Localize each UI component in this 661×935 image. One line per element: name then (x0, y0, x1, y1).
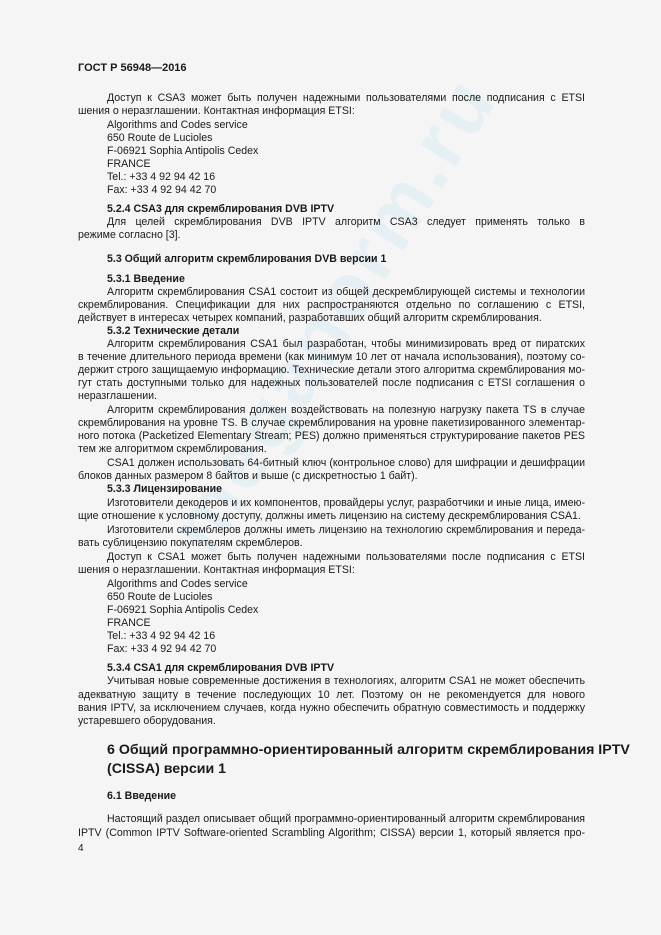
text-line: IPTV (Common IPTV Software-oriented Scra… (78, 827, 585, 840)
text-line: шения о неразглашении. Контактная информ… (78, 105, 585, 118)
text-line: 650 Route de Lucioles (107, 132, 585, 145)
section-heading: 6.1 Введение (107, 790, 585, 803)
text-line: скремблирования. Спецификации для них ра… (78, 299, 585, 312)
text-line: гут стать доступными только для надежных… (78, 377, 585, 390)
document-header: ГОСТ Р 56948—2016 (78, 62, 585, 75)
text-line: шения о неразглашении. Контактная информ… (78, 564, 585, 577)
document-page: meganorm.ru ГОСТ Р 56948—2016 Доступ к C… (0, 0, 661, 935)
section-heading: 5.3.4 CSA1 для скремблирования DVB IPTV (107, 662, 585, 675)
text-line: Fax: +33 4 92 94 42 70 (107, 643, 585, 656)
section-heading: 5.3.2 Технические детали (107, 325, 585, 338)
page-number: 4 (78, 842, 585, 855)
text-line: FRANCE (107, 158, 585, 171)
text-line: адекватную защиту в течение последующих … (78, 689, 585, 702)
text-line: Algorithms and Codes service (107, 578, 585, 591)
text-line: Изготовители декодеров и их компонентов,… (107, 497, 585, 510)
text-line: Fax: +33 4 92 94 42 70 (107, 184, 585, 197)
section-heading: 5.3.3 Лицензирование (107, 483, 585, 496)
text-line: F-06921 Sophia Antipolis Cedex (107, 604, 585, 617)
text-line: Алгоритм скремблирования CSA1 был разраб… (107, 338, 585, 351)
text-line: Настоящий раздел описывает общий програм… (107, 813, 585, 826)
text-line: неразглашении. (78, 390, 585, 403)
text-line: действует в интересах четырех компаний, … (78, 312, 585, 325)
section-heading: 5.3 Общий алгоритм скремблирования DVB в… (107, 253, 585, 266)
text-line: Алгоритм скремблирования CSA1 состоит из… (107, 286, 585, 299)
text-line: устаревшего оборудования. (78, 715, 585, 728)
text-line: держит строго защищаемую информацию. Тех… (78, 364, 585, 377)
section-heading: 5.2.4 CSA3 для скремблирования DVB IPTV (107, 203, 585, 216)
text-line: Для целей скремблирования DVB IPTV алгор… (107, 216, 585, 229)
text-line: CSA1 должен использовать 64-битный ключ … (107, 457, 585, 470)
text-line: Доступ к CSA3 может быть получен надежны… (107, 92, 585, 105)
text-line: вания IPTV, за исключением случаев, когд… (78, 702, 585, 715)
text-line: Tel.: +33 4 92 94 42 16 (107, 171, 585, 184)
text-line: щие отношение к условному доступу, должн… (78, 510, 585, 523)
text-line: 650 Route de Lucioles (107, 591, 585, 604)
section-heading: 6 Общий программно-ориентированный алгор… (107, 741, 614, 759)
text-line: Учитывая новые современные достижения в … (107, 675, 585, 688)
section-heading: (CISSA) версии 1 (107, 760, 614, 778)
text-line: F-06921 Sophia Antipolis Cedex (107, 145, 585, 158)
text-line: Алгоритм скремблирования должен воздейст… (107, 404, 585, 417)
text-line: Доступ к CSA1 может быть получен надежны… (107, 551, 585, 564)
text-line: ного потока (Packetized Elementary Strea… (78, 430, 585, 443)
text-line: режиме согласно [3]. (78, 229, 585, 242)
text-line: блоков данных размером 8 байтов и выше (… (78, 470, 585, 483)
text-line: вать сублицензию покупателям скремблеров… (78, 537, 585, 550)
section-heading: 5.3.1 Введение (107, 273, 585, 286)
text-line: Изготовители скремблеров должны иметь ли… (107, 524, 585, 537)
text-line: тем же алгоритмом скремблирования. (78, 443, 585, 456)
text-line: Algorithms and Codes service (107, 119, 585, 132)
text-line: Tel.: +33 4 92 94 42 16 (107, 630, 585, 643)
text-line: FRANCE (107, 617, 585, 630)
text-line: в течение длительного периода времени (к… (78, 351, 585, 364)
text-line: скремблирования на уровне TS. В случае с… (78, 417, 585, 430)
